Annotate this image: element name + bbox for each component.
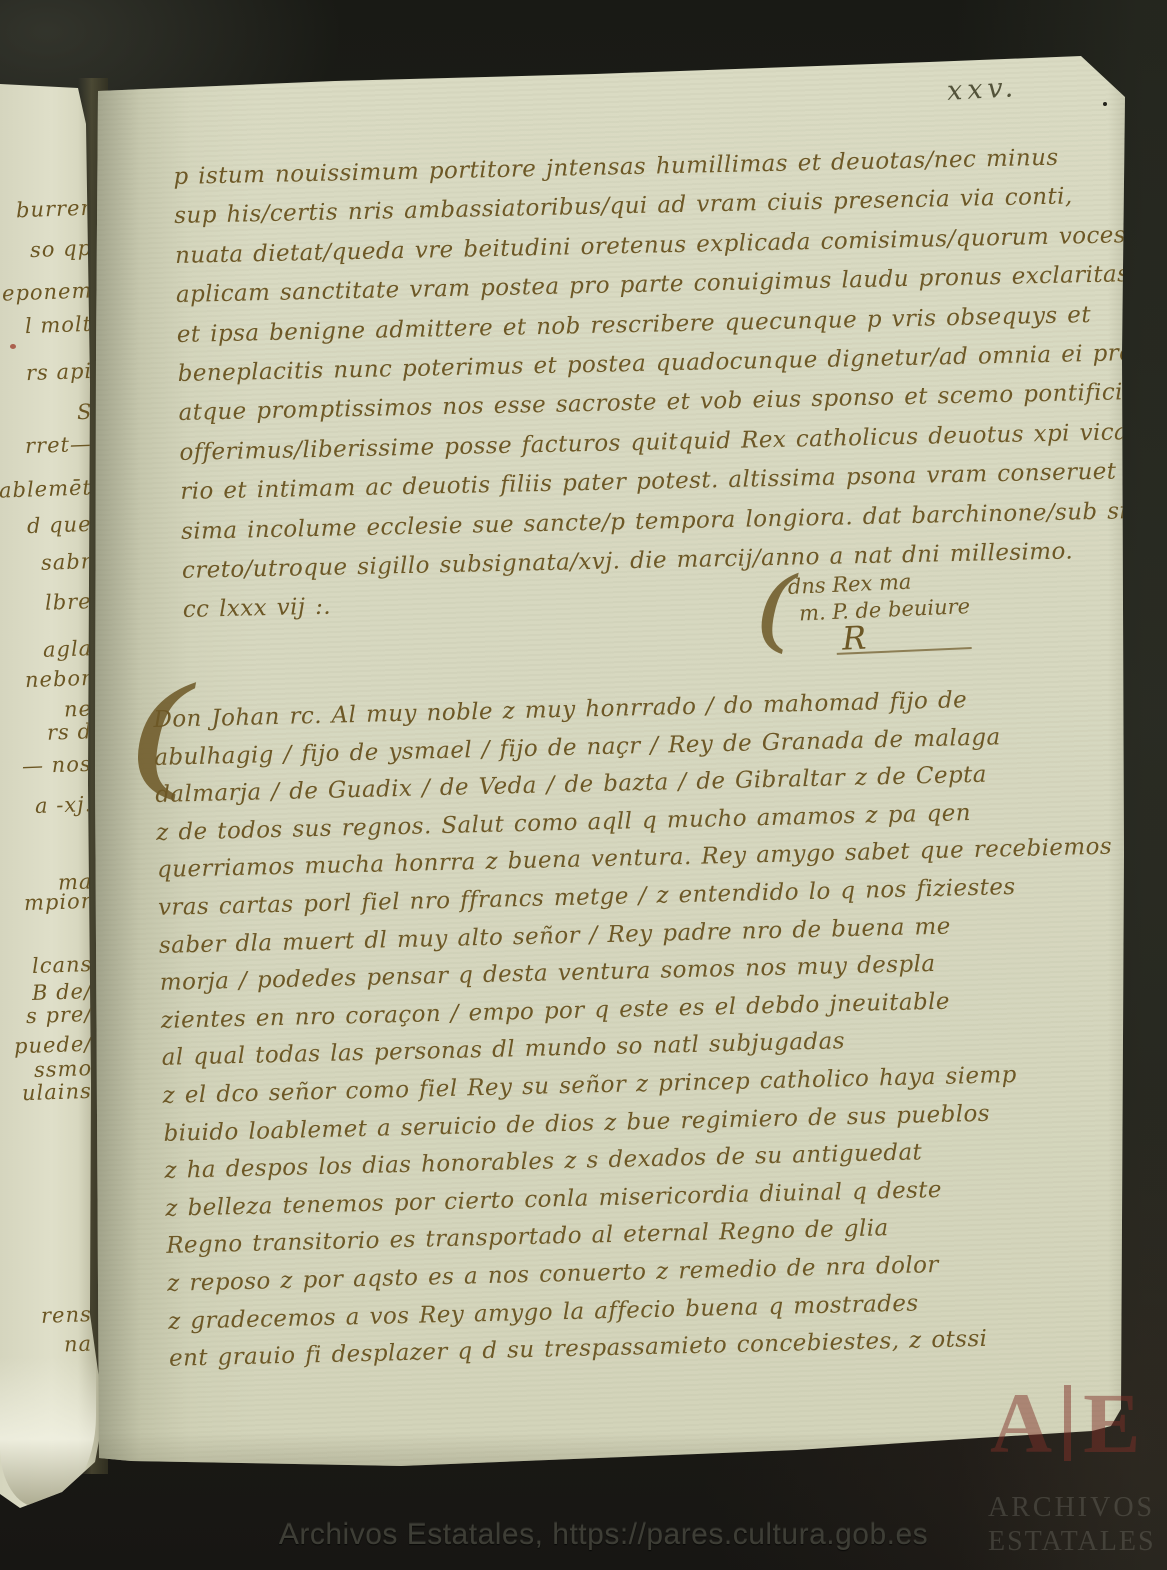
text-fragment: rret— [25, 432, 93, 458]
text-fragment: ulains [22, 1079, 93, 1105]
logo-org-name-line2: ESTATALES [988, 1526, 1156, 1558]
signature-flourish: ( [752, 566, 800, 656]
text-fragment: a -xj. [34, 792, 92, 818]
text-fragment: agla [42, 636, 92, 662]
text-fragment: so qp [30, 236, 93, 262]
text-fragment: rs d [47, 719, 93, 745]
rubric-dot [10, 344, 16, 349]
text-fragment: l molt [24, 312, 92, 338]
text-fragment: burrer [16, 196, 92, 223]
text-fragment: rens [41, 1302, 93, 1328]
text-fragment: rs api [25, 359, 92, 385]
manuscript-scan: burrerso qpeponeml moltrs apiSrret—ablem… [0, 0, 1167, 1570]
notarial-paraph: R [836, 620, 972, 655]
folio-number: xxv. [946, 72, 1019, 107]
castilian-letter-paragraph: Don Johan rc. Al muy noble z muy honrrad… [153, 681, 1029, 1378]
text-fragment: lbre [45, 589, 92, 615]
archivos-estatales-logo: A E [990, 1380, 1140, 1466]
text-fragment: d que [27, 512, 92, 538]
manuscript-page: xxv. p istum nouissimum portitore jntens… [95, 54, 1128, 1466]
logo-letter-a: A [990, 1380, 1052, 1466]
text-fragment: lcans [31, 952, 92, 978]
text-fragment: mpior [24, 889, 93, 915]
text-fragment: nebor [25, 666, 93, 692]
logo-letter-e: E [1083, 1380, 1140, 1466]
paper-speck [1103, 102, 1107, 106]
text-fragment: s pre/ [25, 1002, 92, 1028]
logo-divider-bar [1064, 1385, 1071, 1461]
text-fragment: ablemēt [0, 475, 92, 502]
text-fragment: eponem [1, 278, 92, 305]
text-fragment: na [64, 1332, 93, 1357]
chancery-signature-note: ( dns Rex ma m. P. de beuiure R [787, 566, 972, 657]
logo-org-name-line1: ARCHIVOS [988, 1492, 1155, 1524]
text-fragment: puede/ [13, 1032, 92, 1059]
latin-letter-paragraph: p istum nouissimum portitore jntensas hu… [173, 140, 1001, 631]
text-fragment: sabr [41, 549, 93, 575]
text-fragment: ne [64, 697, 93, 722]
text-fragment: — nos [22, 752, 92, 778]
